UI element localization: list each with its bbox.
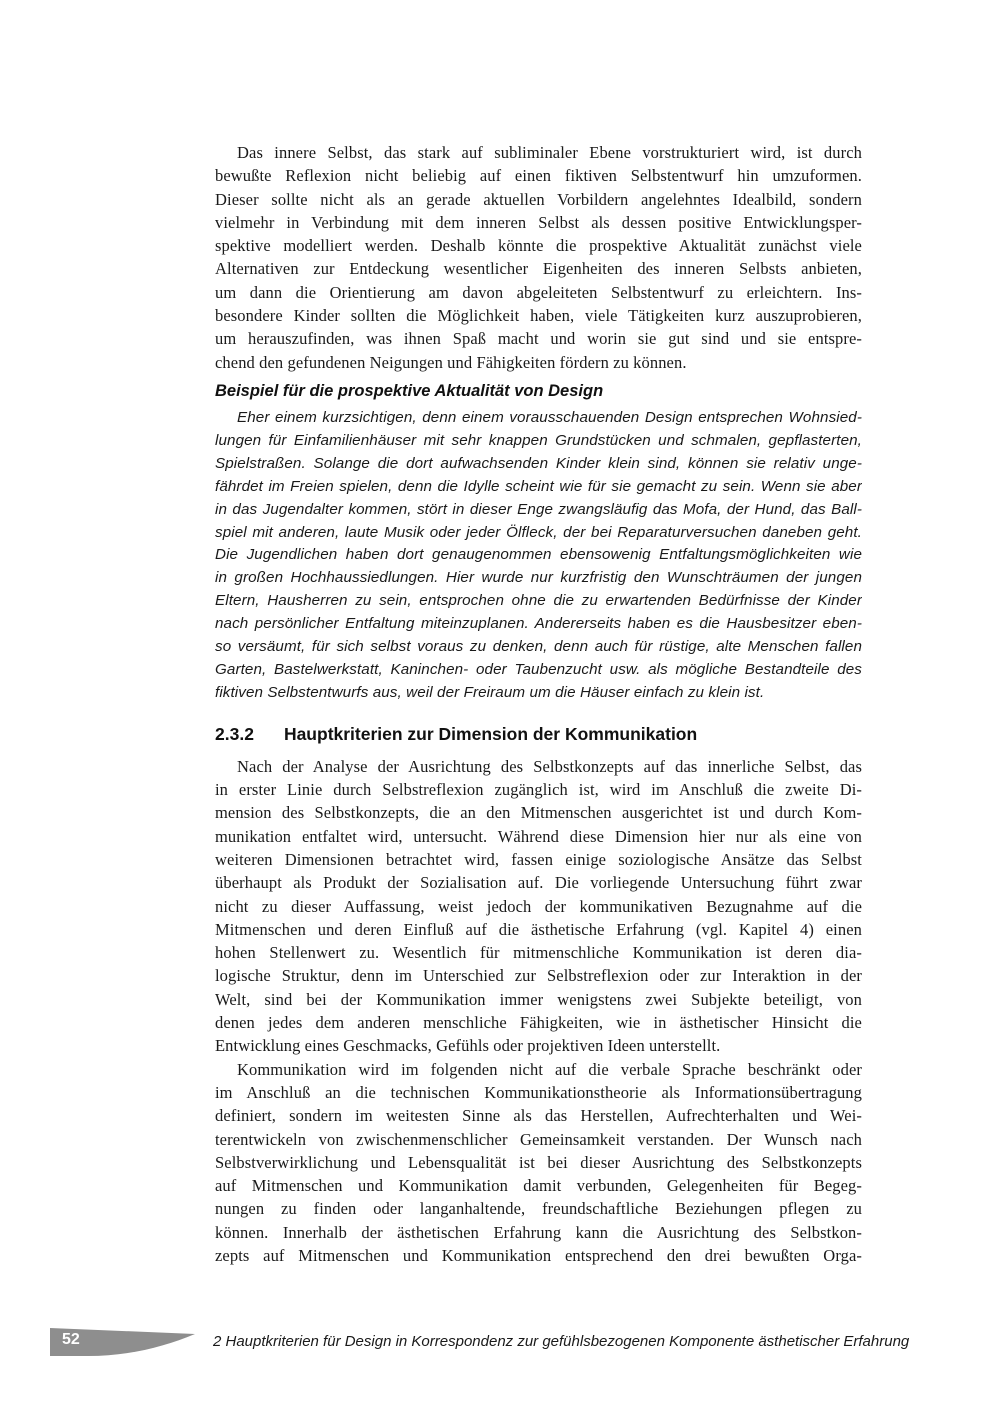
text-line: spektive modelliert werden. Deshalb könn… [215,234,862,257]
text-line: auf Mitmenschen und Kommunikation damit … [215,1174,862,1197]
text-line: definiert, sondern im weitesten Sinne al… [215,1104,862,1127]
text-line: nach persönlicher Entfaltung miteinzupla… [215,613,862,636]
text-line: munikation entfaltet wird, untersucht. W… [215,825,862,848]
page-number: 52 [62,1331,80,1349]
text-line: spiel mit anderen, laute Musik oder jede… [215,522,862,545]
body-paragraph-prospective-actuality: Das innere Selbst, das stark auf sublimi… [215,141,862,374]
body-paragraph-communication-definition: Kommunikation wird im folgenden nicht au… [215,1058,862,1268]
text-line: im Anschluß an die technischen Kommunika… [215,1081,862,1104]
text-line: um dann die Orientierung am davon abgele… [215,281,862,304]
text-line: nungen zu finden oder langanhaltende, fr… [215,1197,862,1220]
text-line: mension des Selbstkonzepts, die an den M… [215,801,862,824]
text-line: Alternativen zur Entdeckung wesentlicher… [215,257,862,280]
text-line: denen jedes dem anderen menschliche Fähi… [215,1011,862,1034]
section-heading: 2.3.2Hauptkriterien zur Dimension der Ko… [215,722,862,746]
text-line: Welt, sind bei der Kommunikation immer w… [215,988,862,1011]
body-paragraph-communication-dimension: Nach der Analyse der Ausrichtung des Sel… [215,755,862,1058]
text-line: Mitmenschen und deren Einfluß auf die äs… [215,918,862,941]
text-line: Das innere Selbst, das stark auf sublimi… [215,141,862,164]
text-line: fiktiven Selbstentwurfs aus, weil der Fr… [215,682,862,705]
text-line: in großen Hochhaussiedlungen. Hier wurde… [215,567,862,590]
text-line: Spielstraßen. Solange die dort aufwachse… [215,453,862,476]
text-line: chend den gefundenen Neigungen und Fähig… [215,351,862,374]
text-line: hohen Stellenwert zu. Wesentlich für mit… [215,941,862,964]
text-line: Eher einem kurzsichtigen, denn einem vor… [215,407,862,430]
document-page: Das innere Selbst, das stark auf sublimi… [0,0,1000,1415]
text-line: Garten, Bastelwerkstatt, Kaninchen- oder… [215,659,862,682]
text-line: bewußte Reflexion nicht beliebig auf ein… [215,164,862,187]
section-number: 2.3.2 [215,724,254,744]
text-line: vielmehr in Verbindung mit dem inneren S… [215,211,862,234]
running-title: 2 Hauptkriterien für Design in Korrespon… [213,1333,873,1350]
text-line: fährdet im Freien spielen, denn die Idyl… [215,476,862,499]
text-line: um herauszufinden, was ihnen Spaß macht … [215,327,862,350]
page-content: Das innere Selbst, das stark auf sublimi… [215,141,862,1267]
example-paragraph: Eher einem kurzsichtigen, denn einem vor… [215,407,862,705]
section-title: Hauptkriterien zur Dimension der Kommuni… [284,724,697,744]
text-line: so versäumt, für sich selbst voraus zu d… [215,636,862,659]
text-line: in erster Linie durch Selbstreflexion zu… [215,778,862,801]
text-line: terentwickeln von zwischenmenschlicher G… [215,1128,862,1151]
text-line: Eltern, Hausherren zu sein, entsprochen … [215,590,862,613]
text-line: nicht zu dieser Auffassung, weist jedoch… [215,895,862,918]
text-line: Dieser sollte nicht als an gerade aktuel… [215,188,862,211]
text-line: überhaupt als Produkt der Sozialisation … [215,871,862,894]
text-line: Entwicklung eines Geschmacks, Gefühls od… [215,1034,862,1057]
example-heading: Beispiel für die prospektive Aktualität … [215,380,862,402]
text-line: besondere Kinder sollten die Möglichkeit… [215,304,862,327]
text-line: lungen für Einfamilienhäuser mit sehr kn… [215,430,862,453]
text-line: Die Jugendlichen haben dort genaugenomme… [215,544,862,567]
text-line: Selbstverwirklichung und Lebensqualität … [215,1151,862,1174]
text-line: zepts auf Mitmenschen und Kommunikation … [215,1244,862,1267]
text-line: Nach der Analyse der Ausrichtung des Sel… [215,755,862,778]
text-line: Kommunikation wird im folgenden nicht au… [215,1058,862,1081]
text-line: weiteren Dimensionen betrachtet wird, fa… [215,848,862,871]
text-line: logische Struktur, denn im Unterschied z… [215,964,862,987]
text-line: können. Innerhalb der ästhetischen Erfah… [215,1221,862,1244]
text-line: in das Jugendalter kommen, stört in dies… [215,499,862,522]
